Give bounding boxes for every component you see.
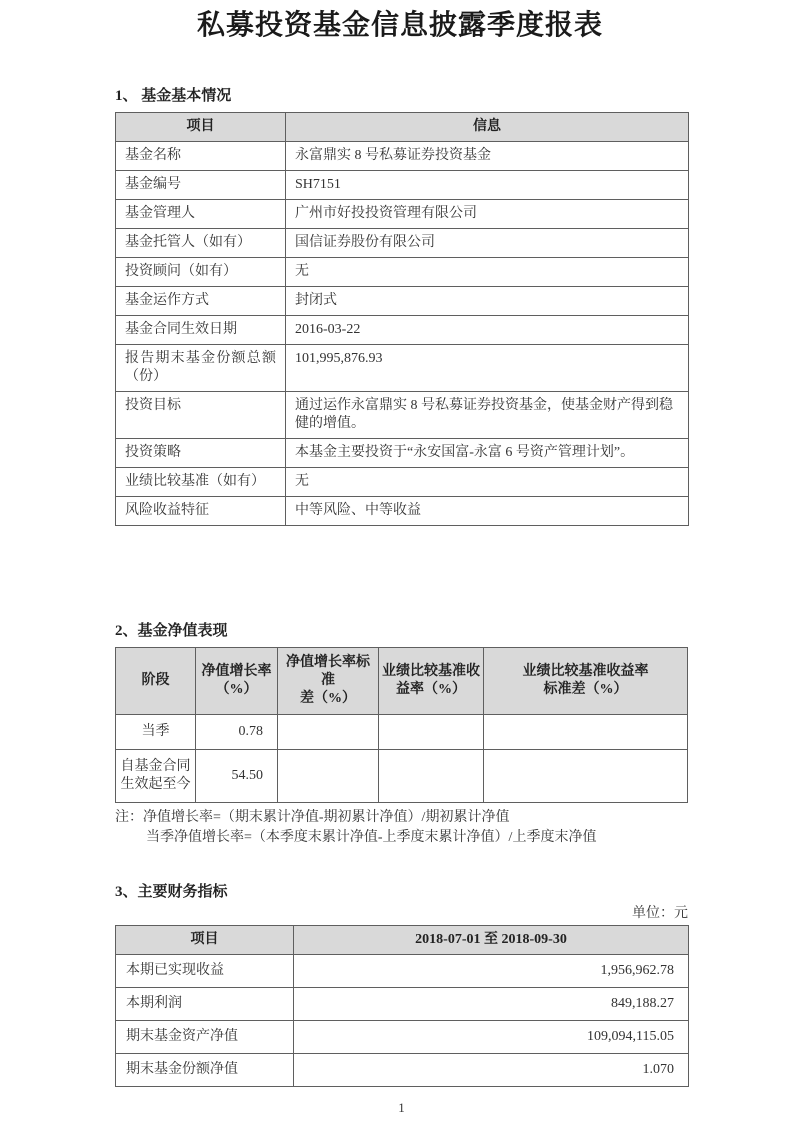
document-title: 私募投资基金信息披露季度报表	[0, 0, 800, 44]
row-value: 广州市好投投资管理有限公司	[286, 200, 689, 229]
row-label: 期末基金资产净值	[116, 1021, 294, 1054]
row-value: 通过运作永富鼎实 8 号私募证券投资基金，使基金财产得到稳健的增值。	[286, 392, 689, 439]
row-label: 基金编号	[116, 171, 286, 200]
row-value: 封闭式	[286, 287, 689, 316]
table-row: 风险收益特征 中等风险、中等收益	[116, 497, 689, 526]
row-label: 本期利润	[116, 988, 294, 1021]
nav-notes: 注：净值增长率=（期末累计净值-期初累计净值）/期初累计净值 当季净值增长率=（…	[115, 808, 688, 848]
benchmark-return-std-cell	[484, 750, 688, 803]
section2-heading: 2、基金净值表现	[115, 621, 688, 641]
row-value: 1.070	[294, 1054, 689, 1087]
row-value: 1,956,962.78	[294, 955, 689, 988]
column-header-item: 项目	[116, 113, 286, 142]
table-row: 业绩比较基准（如有） 无	[116, 468, 689, 497]
nav-growth-cell: 54.50	[196, 750, 278, 803]
benchmark-return-std-cell	[484, 715, 688, 750]
row-label: 基金托管人（如有）	[116, 229, 286, 258]
table-row: 投资目标 通过运作永富鼎实 8 号私募证券投资基金，使基金财产得到稳健的增值。	[116, 392, 689, 439]
row-value: 2016-03-22	[286, 316, 689, 345]
row-value: SH7151	[286, 171, 689, 200]
row-value: 本基金主要投资于“永安国富-永富 6 号资产管理计划”。	[286, 439, 689, 468]
row-label: 本期已实现收益	[116, 955, 294, 988]
table-row: 自基金合同 生效起至今 54.50	[116, 750, 688, 803]
table-header-row: 项目 信息	[116, 113, 689, 142]
row-value: 中等风险、中等收益	[286, 497, 689, 526]
row-label: 基金管理人	[116, 200, 286, 229]
unit-label: 单位：元	[115, 905, 688, 923]
note-line: 当季净值增长率=（本季度末累计净值-上季度末累计净值）/上季度末净值	[115, 828, 688, 848]
row-value: 永富鼎实 8 号私募证券投资基金	[286, 142, 689, 171]
row-label: 基金合同生效日期	[116, 316, 286, 345]
table-row: 基金编号 SH7151	[116, 171, 689, 200]
row-value: 国信证券股份有限公司	[286, 229, 689, 258]
row-label: 基金运作方式	[116, 287, 286, 316]
table-header-row: 阶段 净值增长率 （%） 净值增长率标准 差（%） 业绩比较基准收 益率（%） …	[116, 648, 688, 715]
benchmark-return-cell	[379, 750, 484, 803]
row-value: 101,995,876.93	[286, 345, 689, 392]
row-label: 风险收益特征	[116, 497, 286, 526]
row-value: 109,094,115.05	[294, 1021, 689, 1054]
table-header-row: 项目 2018-07-01 至 2018-09-30	[116, 926, 689, 955]
row-label: 期末基金份额净值	[116, 1054, 294, 1087]
table-row: 当季 0.78	[116, 715, 688, 750]
page-number: 1	[115, 1100, 688, 1116]
table-row: 基金合同生效日期 2016-03-22	[116, 316, 689, 345]
column-header-info: 信息	[286, 113, 689, 142]
table-row: 基金托管人（如有） 国信证券股份有限公司	[116, 229, 689, 258]
column-header-nav-growth: 净值增长率 （%）	[196, 648, 278, 715]
column-header-item: 项目	[116, 926, 294, 955]
column-header-stage: 阶段	[116, 648, 196, 715]
row-label: 投资策略	[116, 439, 286, 468]
report-page: 私募投资基金信息披露季度报表 1、 基金基本情况 项目 信息 基金名称 永富鼎实…	[0, 0, 800, 1131]
table-row: 本期利润 849,188.27	[116, 988, 689, 1021]
table-row: 投资策略 本基金主要投资于“永安国富-永富 6 号资产管理计划”。	[116, 439, 689, 468]
table-row: 基金管理人 广州市好投投资管理有限公司	[116, 200, 689, 229]
table-row: 基金名称 永富鼎实 8 号私募证券投资基金	[116, 142, 689, 171]
column-header-nav-growth-std: 净值增长率标准 差（%）	[278, 648, 379, 715]
row-label: 投资目标	[116, 392, 286, 439]
row-label: 业绩比较基准（如有）	[116, 468, 286, 497]
table-row: 基金运作方式 封闭式	[116, 287, 689, 316]
table-row: 本期已实现收益 1,956,962.78	[116, 955, 689, 988]
column-header-period: 2018-07-01 至 2018-09-30	[294, 926, 689, 955]
table-row: 期末基金资产净值 109,094,115.05	[116, 1021, 689, 1054]
key-financial-indicators-table: 项目 2018-07-01 至 2018-09-30 本期已实现收益 1,956…	[115, 925, 689, 1087]
column-header-benchmark-return: 业绩比较基准收 益率（%）	[379, 648, 484, 715]
section1-heading: 1、 基金基本情况	[115, 86, 688, 106]
row-label: 基金名称	[116, 142, 286, 171]
stage-cell: 当季	[116, 715, 196, 750]
row-value: 无	[286, 468, 689, 497]
column-header-benchmark-return-std: 业绩比较基准收益率 标准差（%）	[484, 648, 688, 715]
row-label: 投资顾问（如有）	[116, 258, 286, 287]
page-content: 1、 基金基本情况 项目 信息 基金名称 永富鼎实 8 号私募证券投资基金 基金…	[115, 86, 688, 1116]
row-label: 报告期末基金份额总额（份）	[116, 345, 286, 392]
stage-cell: 自基金合同 生效起至今	[116, 750, 196, 803]
table-row: 期末基金份额净值 1.070	[116, 1054, 689, 1087]
fund-basic-info-table: 项目 信息 基金名称 永富鼎实 8 号私募证券投资基金 基金编号 SH7151 …	[115, 112, 689, 526]
section3-heading: 3、主要财务指标	[115, 882, 688, 902]
table-row: 投资顾问（如有） 无	[116, 258, 689, 287]
nav-growth-std-cell	[278, 715, 379, 750]
note-line: 注：净值增长率=（期末累计净值-期初累计净值）/期初累计净值	[115, 808, 688, 828]
row-value: 849,188.27	[294, 988, 689, 1021]
nav-growth-std-cell	[278, 750, 379, 803]
fund-nav-performance-table: 阶段 净值增长率 （%） 净值增长率标准 差（%） 业绩比较基准收 益率（%） …	[115, 647, 688, 803]
benchmark-return-cell	[379, 715, 484, 750]
table-row: 报告期末基金份额总额（份） 101,995,876.93	[116, 345, 689, 392]
row-value: 无	[286, 258, 689, 287]
nav-growth-cell: 0.78	[196, 715, 278, 750]
